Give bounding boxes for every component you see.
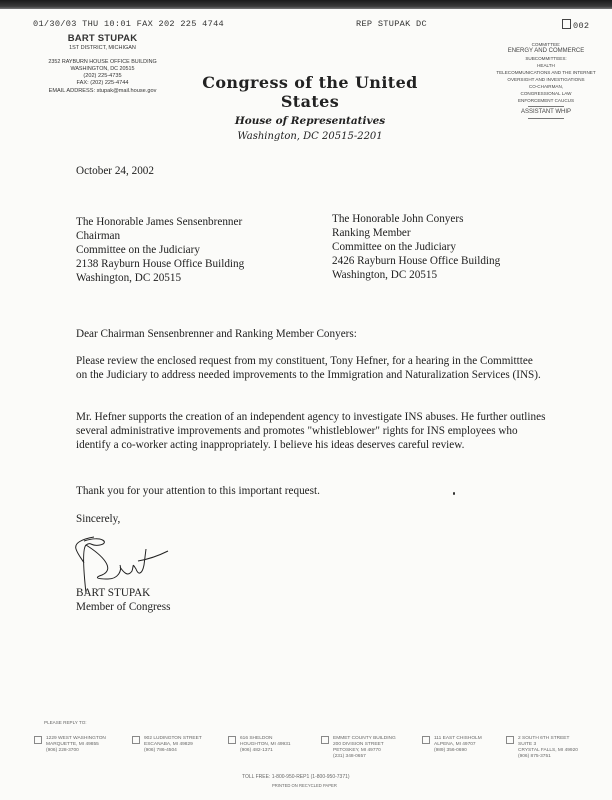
signer-name: BART STUPAK — [76, 586, 170, 600]
address-line: Committee on the Judiciary — [76, 243, 244, 257]
address-line: Committee on the Judiciary — [332, 240, 500, 254]
salutation: Dear Chairman Sensenbrenner and Ranking … — [76, 327, 357, 341]
member-office: 2352 Rayburn House Office Building — [0, 59, 205, 66]
office-line: (231) 348-0657 — [333, 754, 396, 760]
divider — [528, 106, 564, 107]
congress-title: Congress of the United States — [180, 73, 440, 111]
caucus-line: Congressional Law — [480, 90, 612, 97]
recipient-address-1: The Honorable James Sensenbrenner Chairm… — [76, 215, 244, 285]
office-crystal-falls[interactable]: 2 South 6th Street Suite 3 Crystal Falls… — [506, 736, 578, 760]
office-checkbox[interactable] — [228, 736, 236, 744]
signer-title: Member of Congress — [76, 600, 170, 614]
chamber-city: Washington, DC 20515-2201 — [180, 131, 440, 142]
address-line: Ranking Member — [332, 226, 500, 240]
office-checkbox[interactable] — [34, 736, 42, 744]
divider — [528, 118, 564, 119]
member-district: 1st District, Michigan — [0, 45, 205, 51]
letter-date: October 24, 2002 — [76, 164, 154, 178]
fax-page-number: 002 — [562, 19, 589, 31]
office-alpena[interactable]: 111 East Chisholm Alpena, MI 49707 (989)… — [422, 736, 482, 754]
member-city: Washington, DC 20515 — [0, 66, 205, 73]
address-line: 2138 Rayburn House Office Building — [76, 257, 244, 271]
member-name: BART STUPAK — [0, 33, 205, 44]
reply-label: Please Reply To: — [44, 720, 87, 725]
fax-page-icon — [562, 19, 571, 29]
committee-block: Committee: Energy and Commerce Subcommit… — [480, 41, 612, 121]
caucus-line: Enforcement Caucus — [480, 97, 612, 104]
body-paragraph: Please review the enclosed request from … — [76, 354, 546, 382]
address-line: Chairman — [76, 229, 244, 243]
office-checkbox[interactable] — [422, 736, 430, 744]
scan-speck — [453, 492, 455, 495]
committee-name: Energy and Commerce — [480, 48, 612, 55]
office-line: (906) 482-1371 — [240, 748, 291, 754]
closing: Sincerely, — [76, 512, 120, 526]
office-line: (906) 875-3751 — [518, 754, 578, 760]
member-phone: (202) 225-4735 — [0, 73, 205, 80]
subcommittee-item: Oversight and Investigations — [480, 76, 612, 83]
cochair-label: Co-Chairman, — [480, 83, 612, 90]
subcommittee-item: Health — [480, 62, 612, 69]
letterhead-title: Congress of the United States House of R… — [180, 73, 440, 142]
office-houghton[interactable]: 616 Sheldon Houghton, MI 49931 (906) 482… — [228, 736, 291, 754]
body-paragraph: Thank you for your attention to this imp… — [76, 484, 320, 498]
body-paragraph: Mr. Hefner supports the creation of an i… — [76, 410, 546, 452]
office-petoskey[interactable]: Emmet County Building 200 Division Stree… — [321, 736, 396, 760]
page-number: 002 — [573, 21, 589, 31]
fax-sender: REP STUPAK DC — [356, 19, 427, 29]
signer-block: BART STUPAK Member of Congress — [76, 586, 170, 614]
member-contact-block: BART STUPAK 1st District, Michigan 2352 … — [0, 33, 205, 95]
office-line: (989) 356-0690 — [434, 748, 482, 754]
address-line: The Honorable John Conyers — [332, 212, 500, 226]
office-line: (906) 228-3700 — [46, 748, 106, 754]
toll-free-number: Toll Free: 1-800-950-REP1 (1-800-950-737… — [242, 774, 350, 780]
recycled-paper-note: Printed on Recycled Paper — [272, 783, 337, 788]
chamber-title: House of Representatives — [180, 115, 440, 127]
office-checkbox[interactable] — [506, 736, 514, 744]
address-line: Washington, DC 20515 — [76, 271, 244, 285]
scan-border — [0, 0, 612, 9]
address-line: The Honorable James Sensenbrenner — [76, 215, 244, 229]
member-fax: FAX: (202) 225-4744 — [0, 80, 205, 87]
subcommittee-label: Subcommittees: — [480, 55, 612, 62]
address-line: Washington, DC 20515 — [332, 268, 500, 282]
subcommittee-item: Telecommunications and the Internet — [480, 69, 612, 76]
recipient-address-2: The Honorable John Conyers Ranking Membe… — [332, 212, 500, 282]
office-checkbox[interactable] — [132, 736, 140, 744]
office-line: (906) 786-4504 — [144, 748, 202, 754]
office-escanaba[interactable]: 902 Ludington Street Escanaba, MI 49829 … — [132, 736, 202, 754]
member-email: EMAIL ADDRESS: stupak@mail.house.gov — [0, 88, 205, 95]
committee-label: Committee: — [480, 41, 612, 48]
address-line: 2426 Rayburn House Office Building — [332, 254, 500, 268]
whip-title: Assistant Whip — [480, 109, 612, 116]
office-checkbox[interactable] — [321, 736, 329, 744]
office-marquette[interactable]: 1229 West Washington Marquette, MI 49855… — [34, 736, 106, 754]
fax-timestamp: 01/30/03 THU 10:01 FAX 202 225 4744 — [33, 19, 224, 29]
